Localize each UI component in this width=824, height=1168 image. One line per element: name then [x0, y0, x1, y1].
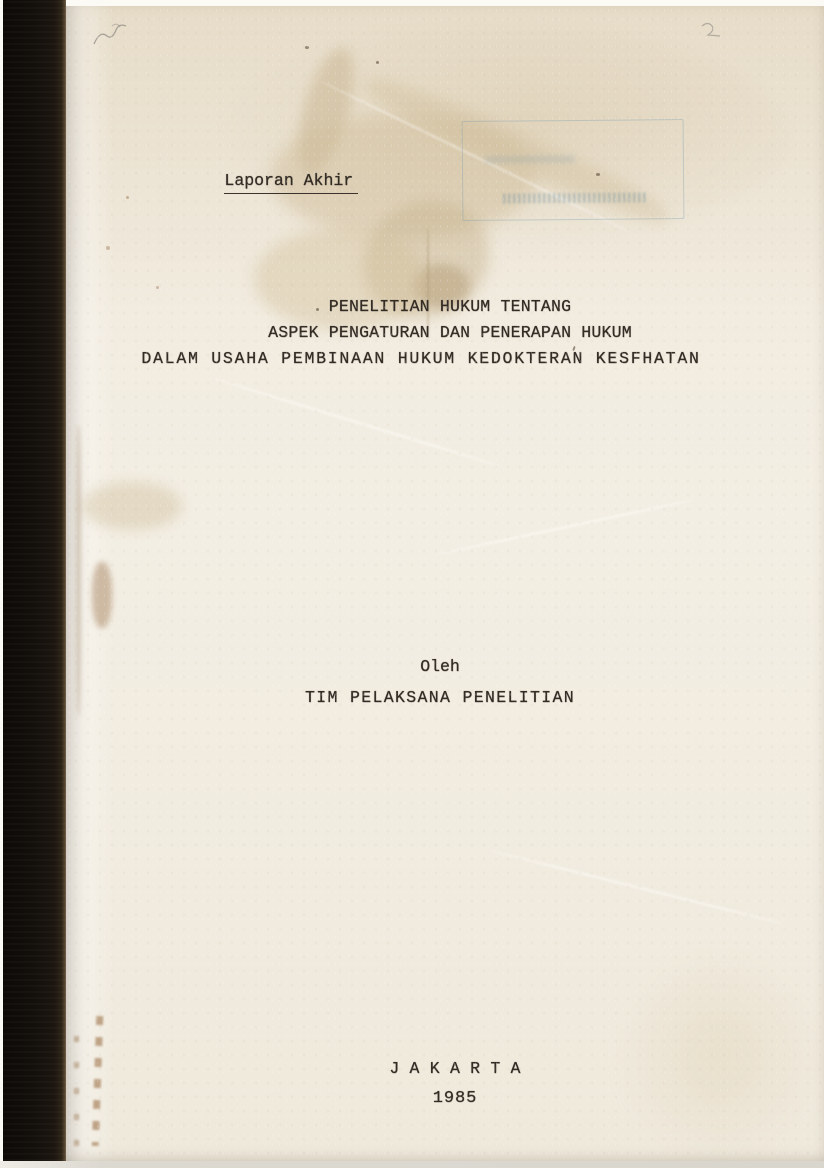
- stain-left-crease: [76, 426, 81, 716]
- byline-label: Oleh: [86, 656, 794, 678]
- title-line-2: ASPEK PENGATURAN DAN PENERAPAN HUKUM: [96, 320, 804, 346]
- imprint-block: J A K A R T A 1985: [101, 1058, 809, 1108]
- stamp-faint-text: [503, 192, 648, 203]
- author-line: TIM PELAKSANA PENELITIAN: [86, 688, 794, 707]
- dirt-speck: [126, 196, 129, 199]
- pencil-mark-icon: [694, 18, 724, 44]
- library-stamp: [462, 119, 685, 221]
- stain-left-smudge: [92, 562, 112, 628]
- stain-bottom-right: [614, 946, 824, 1166]
- paper-crease: [212, 377, 499, 467]
- year-line: 1985: [101, 1089, 809, 1108]
- scanned-cover: Laporan Akhir PENELITIAN HUKUM TENTANG A…: [0, 0, 824, 1168]
- city-line: J A K A R T A: [101, 1058, 809, 1080]
- pencil-scribble-icon: [86, 14, 136, 54]
- dirt-speck: [156, 286, 159, 289]
- report-type-text: Laporan Akhir: [224, 171, 358, 194]
- book-binding-strip: [3, 0, 66, 1161]
- cover-paper: Laporan Akhir PENELITIAN HUKUM TENTANG A…: [66, 6, 824, 1161]
- title-block: PENELITIAN HUKUM TENTANG ASPEK PENGATURA…: [96, 294, 804, 372]
- title-line-3: DALAM USAHA PEMBINAAN HUKUM KEDOKTERAN K…: [38, 346, 804, 372]
- stain-dotted-streak: [74, 1036, 79, 1156]
- paper-crease: [439, 499, 694, 555]
- ink-speck: [305, 46, 309, 49]
- stamp-faint-line: [485, 155, 575, 164]
- scan-bottom-edge: [0, 1161, 824, 1168]
- stain-left-patch: [82, 482, 182, 530]
- report-type-label: Laporan Akhir: [165, 152, 358, 213]
- ink-speck: [376, 61, 379, 64]
- title-line-1: PENELITIAN HUKUM TENTANG: [96, 294, 804, 320]
- dirt-speck: [106, 246, 110, 250]
- paper-crease: [490, 850, 782, 925]
- byline-block: Oleh TIM PELAKSANA PENELITIAN: [86, 656, 794, 707]
